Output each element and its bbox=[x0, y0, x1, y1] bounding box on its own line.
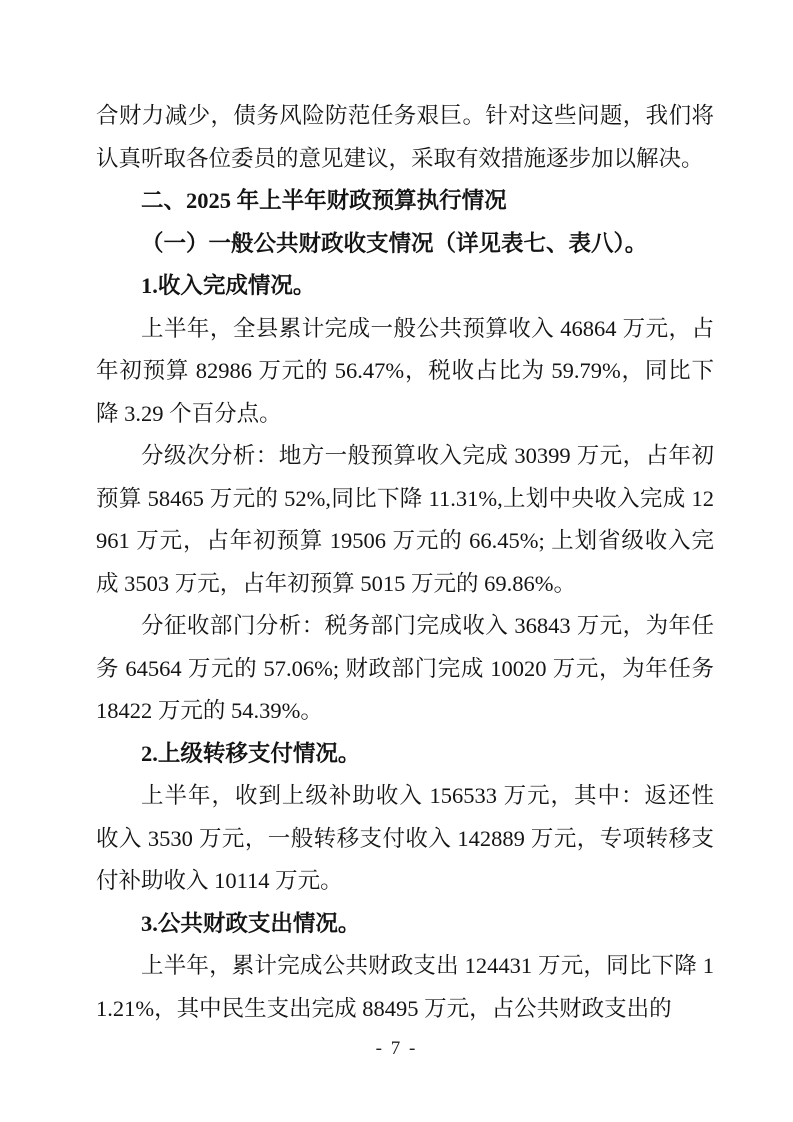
paragraph-revenue-summary: 上半年，全县累计完成一般公共预算收入 46864 万元，占年初预算 82986 … bbox=[96, 308, 714, 436]
page-footer: - 7 - bbox=[0, 1038, 793, 1060]
document-body: 合财力减少，债务风险防范任务艰巨。针对这些问题，我们将认真听取各位委员的意见建议… bbox=[96, 95, 714, 1030]
page-number: - 7 - bbox=[376, 1038, 418, 1059]
item-heading-revenue-completion: 1.收入完成情况。 bbox=[96, 265, 714, 308]
paragraph-transfer-payments: 上半年，收到上级补助收入 156533 万元，其中：返还性收入 3530 万元，… bbox=[96, 775, 714, 903]
item-heading-transfer-payments: 2.上级转移支付情况。 bbox=[96, 733, 714, 776]
paragraph-department-analysis: 分征收部门分析：税务部门完成收入 36843 万元，为年任务 64564 万元的… bbox=[96, 605, 714, 733]
paragraph-expenditure-summary: 上半年，累计完成公共财政支出 124431 万元，同比下降 11.21%，其中民… bbox=[96, 945, 714, 1030]
document-page: 合财力减少，债务风险防范任务艰巨。针对这些问题，我们将认真听取各位委员的意见建议… bbox=[0, 0, 793, 1122]
paragraph-level-analysis: 分级次分析：地方一般预算收入完成 30399 万元，占年初预算 58465 万元… bbox=[96, 435, 714, 605]
paragraph-continuation: 合财力减少，债务风险防范任务艰巨。针对这些问题，我们将认真听取各位委员的意见建议… bbox=[96, 95, 714, 180]
item-heading-public-expenditure: 3.公共财政支出情况。 bbox=[96, 903, 714, 946]
section-heading-budget-execution: 二、2025 年上半年财政预算执行情况 bbox=[96, 180, 714, 223]
subsection-heading-public-finance: （一）一般公共财政收支情况（详见表七、表八）。 bbox=[96, 223, 714, 266]
